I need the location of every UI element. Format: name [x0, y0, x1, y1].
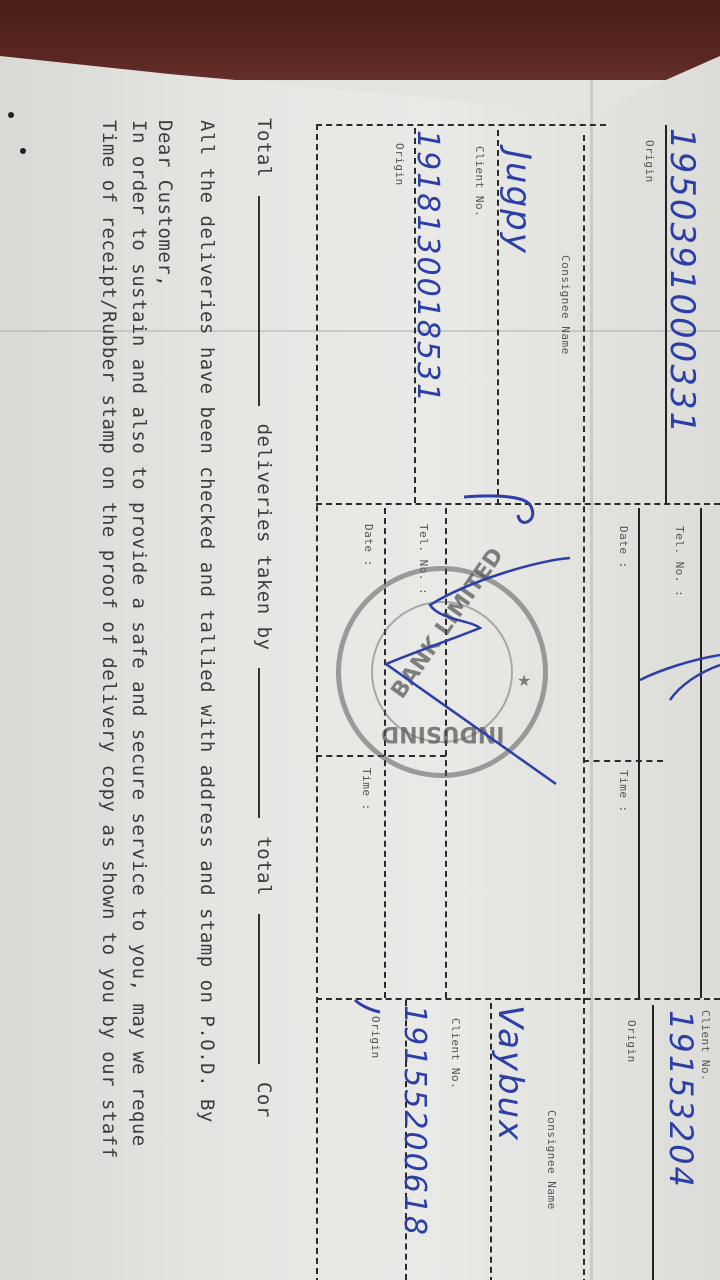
paper-speck — [8, 112, 14, 118]
handwritten-signature — [0, 0, 720, 1280]
paper-speck — [20, 148, 26, 154]
